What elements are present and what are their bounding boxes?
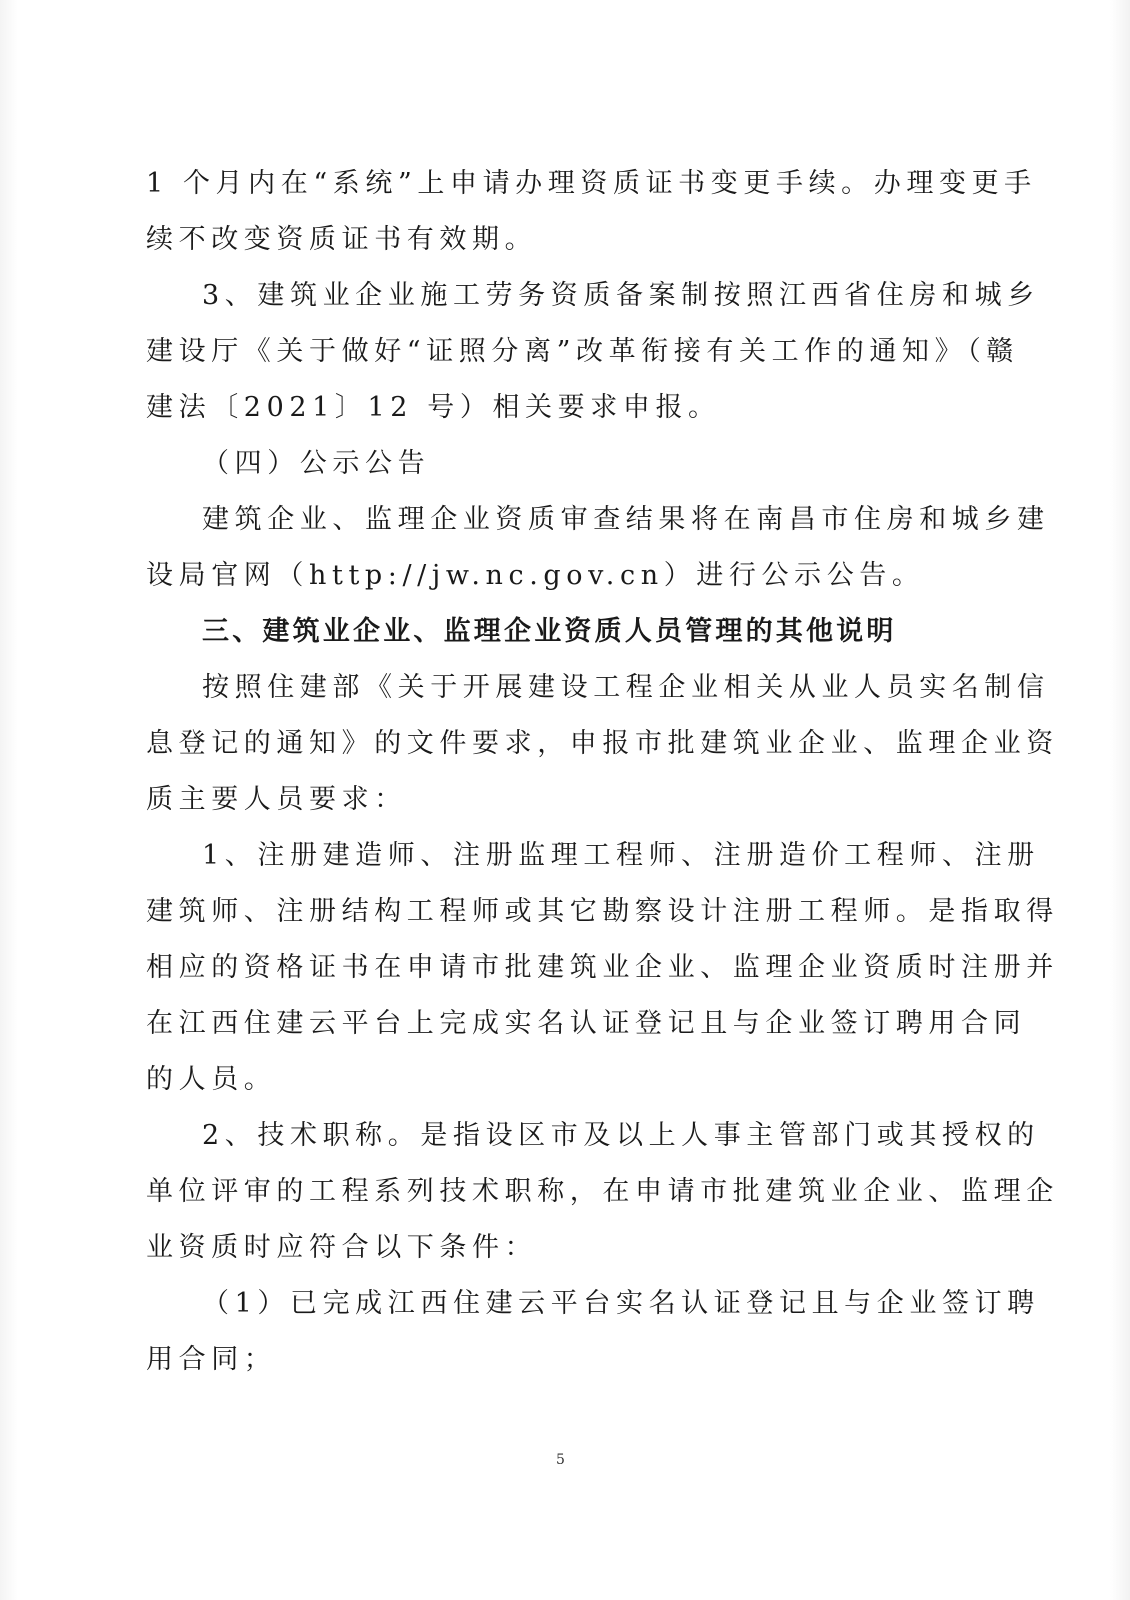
paragraph-line: 1 个月内在“系统”上申请办理资质证书变更手续。办理变更手	[146, 166, 986, 202]
paragraph-line: 建筑企业、监理企业资质审查结果将在南昌市住房和城乡建	[202, 502, 1042, 538]
paragraph-line: 建设厅《关于做好“证照分离”改革衔接有关工作的通知》（赣	[146, 334, 986, 370]
paragraph-line: 3、建筑业企业施工劳务资质备案制按照江西省住房和城乡	[202, 278, 1042, 314]
paragraph-line: 息登记的通知》的文件要求，申报市批建筑业企业、监理企业资	[146, 726, 986, 762]
paragraph-line: 的人员。	[146, 1062, 986, 1098]
paragraph-line: 建筑师、注册结构工程师或其它勘察设计注册工程师。是指取得	[146, 894, 986, 930]
paragraph-line: 相应的资格证书在申请市批建筑业企业、监理企业资质时注册并	[146, 950, 986, 986]
paragraph-line: （1）已完成江西住建云平台实名认证登记且与企业签订聘	[202, 1286, 1042, 1322]
page-number: 5	[556, 1452, 565, 1468]
paragraph-line: 单位评审的工程系列技术职称，在申请市批建筑业企业、监理企	[146, 1174, 986, 1210]
paragraph-line: 在江西住建云平台上完成实名认证登记且与企业签订聘用合同	[146, 1006, 986, 1042]
paragraph-line: 1、注册建造师、注册监理工程师、注册造价工程师、注册	[202, 838, 1042, 874]
paragraph-line: 按照住建部《关于开展建设工程企业相关从业人员实名制信	[202, 670, 1042, 706]
paragraph-line: 续不改变资质证书有效期。	[146, 222, 986, 258]
paragraph-line: 设局官网（http://jw.nc.gov.cn）进行公示公告。	[146, 558, 986, 594]
paragraph-line: 2、技术职称。是指设区市及以上人事主管部门或其授权的	[202, 1118, 1042, 1154]
document-page: 1 个月内在“系统”上申请办理资质证书变更手续。办理变更手 续不改变资质证书有效…	[0, 0, 1130, 1600]
paragraph-line: 用合同；	[146, 1342, 986, 1378]
section-heading: （四）公示公告	[202, 446, 1042, 482]
section-heading-bold: 三、建筑业企业、监理企业资质人员管理的其他说明	[202, 614, 1042, 650]
paragraph-line: 建法〔2021〕12 号）相关要求申报。	[146, 390, 986, 426]
paragraph-line: 质主要人员要求：	[146, 782, 986, 818]
paragraph-line: 业资质时应符合以下条件：	[146, 1230, 986, 1266]
